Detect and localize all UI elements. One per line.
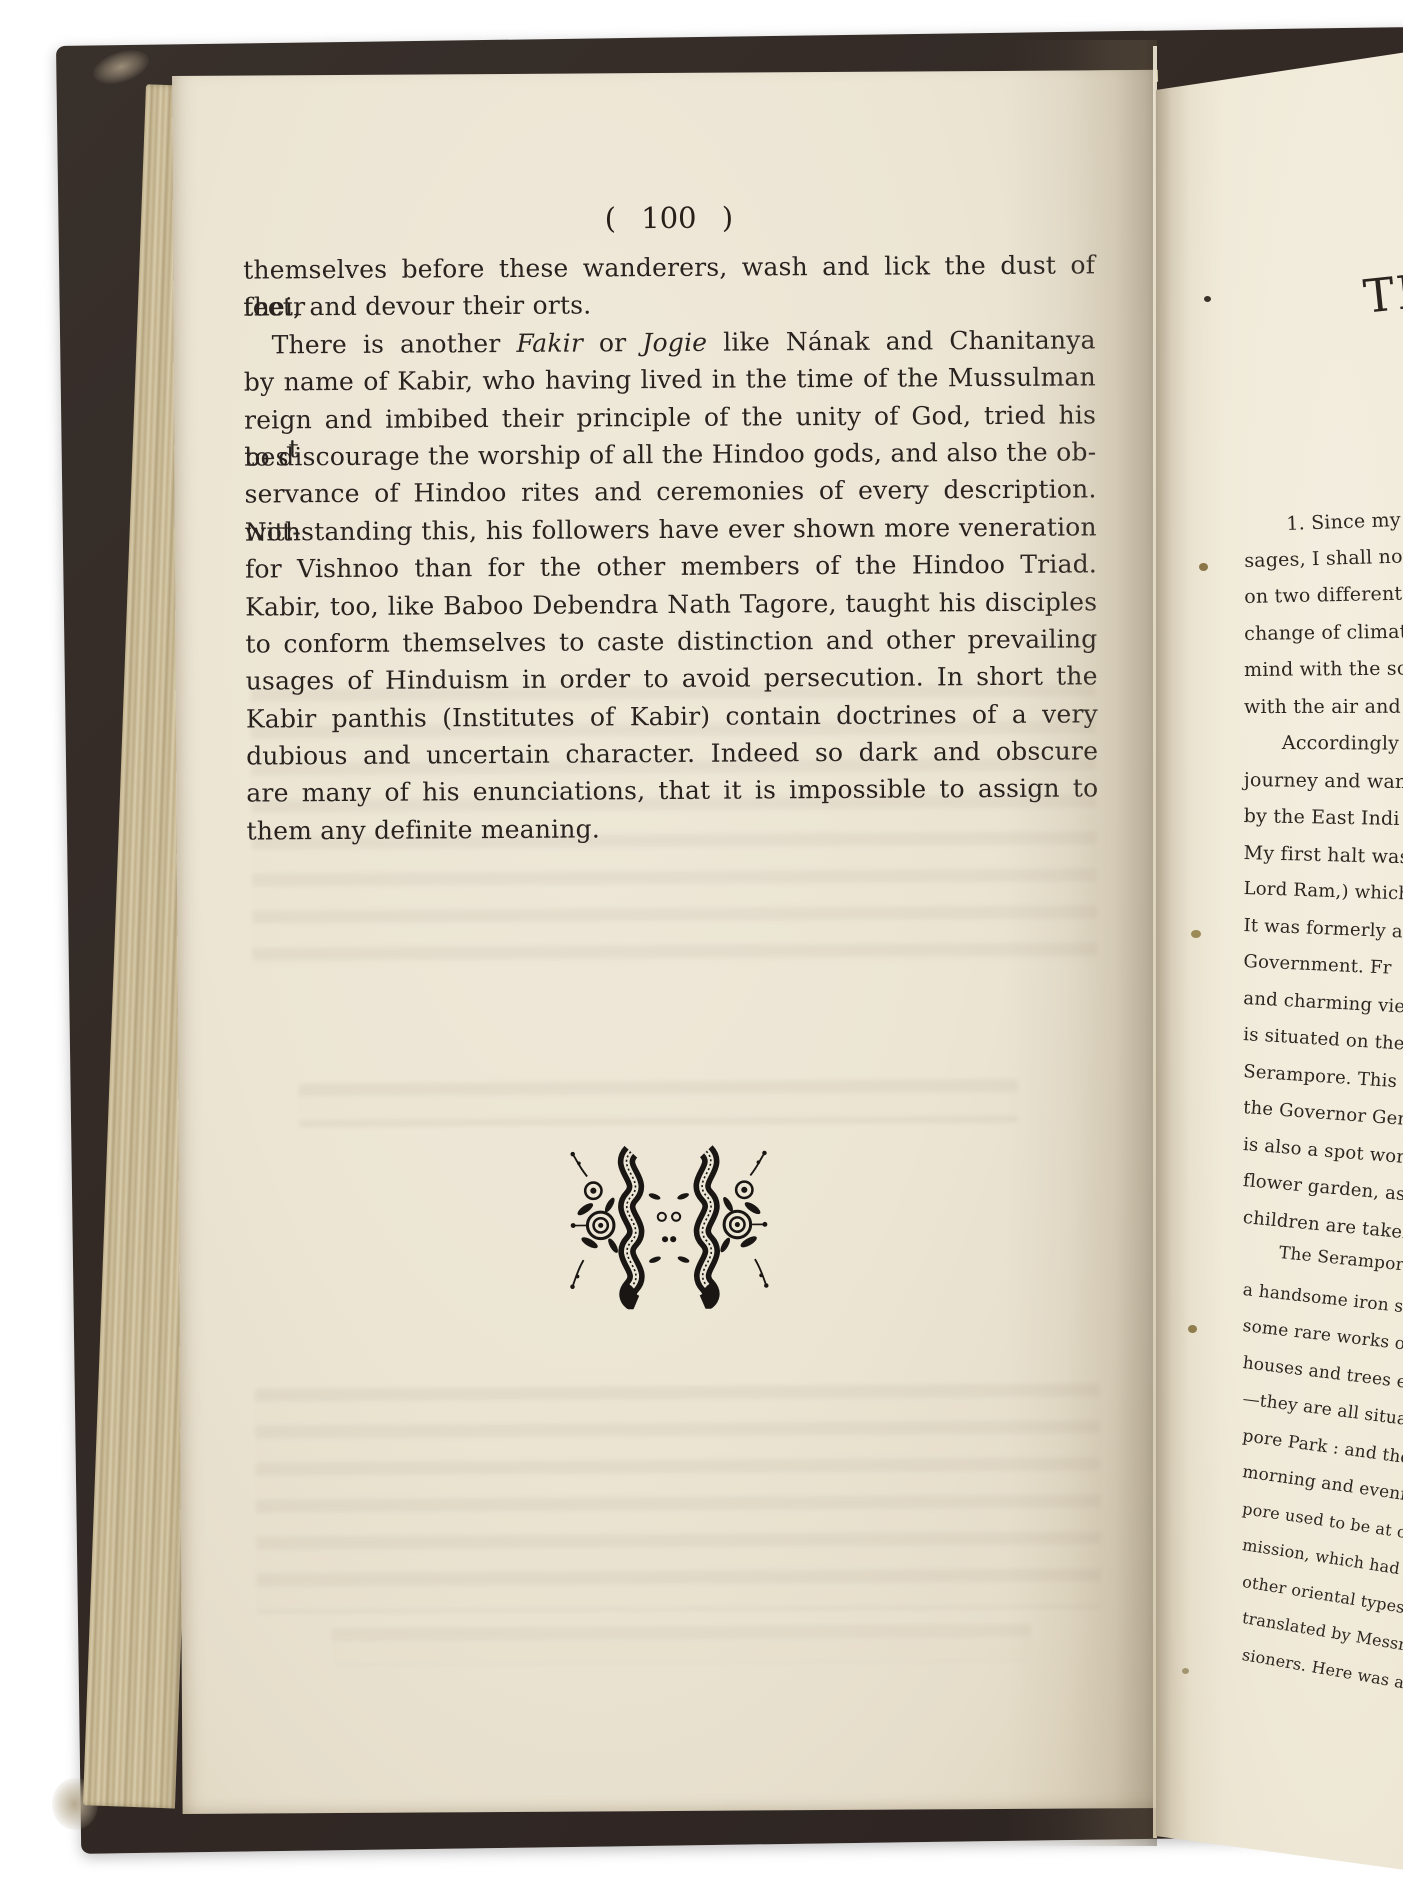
left-page: ( 100 ) themselves before these wanderer… [172,70,1166,1814]
right-page-text-line: mission, which had a [1241,1535,1403,1580]
right-page-text-line: Accordingly aft [1282,732,1403,755]
right-page-text-line: change of climate i [1244,620,1403,645]
text-line: them any definite meaning. [246,807,1098,850]
right-page-text-line: on two different oc [1244,582,1403,608]
text-line: reign and imbibed their principle of the… [244,396,1096,439]
text-line: are many of his enunciations, that it is… [246,770,1098,813]
right-page-text-line: by the East Indi [1244,805,1400,830]
right-page-title-fragment: TH [1361,262,1403,324]
right-page-text-line: pore Park : and ther [1241,1426,1403,1470]
right-page-text-line: The Serampore [1278,1243,1403,1276]
right-page-text-line: sages, I shall now u [1244,545,1403,572]
page-number: ( 100 ) [243,198,1095,237]
italic-word: Jogie [642,328,707,357]
right-page-text-line: sioners. Here was al [1241,1645,1403,1693]
right-page-text-line: a handsome iron st [1242,1280,1403,1318]
showthrough-text-block [255,1383,1101,1613]
right-page-text-line: It was formerly a [1243,915,1403,942]
stitch-speck [1199,563,1208,571]
text-line: withstanding this, his followers have ev… [245,508,1097,551]
right-page-text-line: My first halt was [1243,842,1403,868]
text-segment: or [583,328,642,357]
floral-ornament-icon [567,1144,772,1309]
text-line: themselves before these wanderers, wash … [243,246,1095,289]
right-page-text-line: Government. Fr [1243,951,1392,979]
right-page-text-line: houses and trees esp [1242,1353,1403,1395]
stitch-speck [1182,1668,1189,1674]
text-segment: like Nának and Chanitanya [707,325,1096,356]
right-page-text-line: the Governor Gen [1242,1097,1403,1130]
right-page-text-line: children are taken [1242,1207,1403,1244]
raised-letter: t [288,434,298,463]
right-page-text-line: —they are all situat [1241,1389,1403,1431]
right-page-text-line: Lord Ram,) which [1243,878,1403,905]
text-line: Kabir panthis (Institutes of Kabir) cont… [246,695,1098,738]
text-line: to discourage the worship of all the Hin… [244,433,1096,476]
text-line: usages of Hinduism in order to avoid per… [246,658,1098,701]
right-page-text-line: pore used to be at on [1241,1499,1403,1544]
text-line: There is another Fakir or Jogie like Nán… [244,321,1096,364]
text-line: to conform themselves to caste distincti… [245,620,1097,663]
left-page-text: themselves before these wanderers, wash … [243,246,1099,849]
text-line: Kabir, too, like Baboo Debendra Nath Tag… [245,583,1097,626]
right-page-text-line: 1. Since my rea [1286,508,1403,535]
book-photo: ( 100 ) themselves before these wanderer… [0,0,1403,1890]
right-page-text-line: with the air and wa [1244,696,1403,718]
right-page-text-line: and charming view [1243,988,1403,1018]
showthrough-text-block [331,1624,1031,1666]
right-page-text-line: journey and wande [1244,769,1403,793]
text-line: dubious and uncertain character. Indeed … [246,732,1098,775]
right-page-text-line: Serampore. This [1243,1061,1398,1092]
right-page-text-line: some rare works on [1242,1316,1403,1356]
stitch-speck [1191,930,1201,938]
showthrough-text-block [298,1079,1018,1127]
right-page-text-line: flower garden, as [1242,1170,1403,1205]
text-line: servance of Hindoo rites and ceremonies … [244,471,1096,514]
italic-word: Fakir [516,328,583,357]
text-line: for Vishnoo than for the other members o… [245,545,1097,588]
text-line: by name of Kabir, who having lived in th… [244,359,1096,402]
right-page: TH 1. Since my rea sages, I shall now u … [1156,38,1403,1878]
right-page-text-line: mind with the sce [1244,657,1403,681]
text-line: feet, and devour their orts. [243,284,1095,327]
right-page-text-line: is situated on the [1243,1024,1403,1055]
stitch-speck [1204,296,1211,302]
right-page-fold-shadow [1156,38,1226,1878]
stitch-speck [1188,1325,1197,1333]
text-segment: There is another [272,329,517,359]
right-page-text-line: is also a spot wort [1242,1134,1403,1169]
